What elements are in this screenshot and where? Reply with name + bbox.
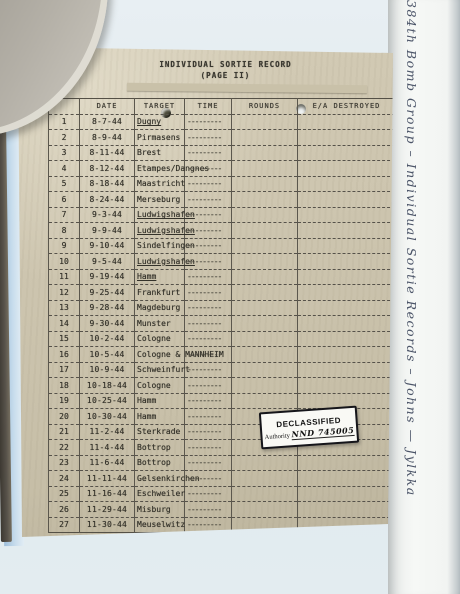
table-row: 18 10-18-44 Cologne --------- — [49, 378, 396, 394]
table-row: 2 8-9-44 Pirmasens --------- — [49, 130, 396, 146]
sortie-target: Sterkrade — [135, 424, 185, 440]
sortie-date: 9-19-44 — [80, 269, 135, 285]
sortie-ea-destroyed — [298, 331, 396, 347]
sortie-rounds — [232, 285, 298, 301]
table-row: 13 9-28-44 Magdeburg --------- — [49, 300, 396, 316]
sortie-date: 10-9-44 — [80, 362, 135, 378]
sortie-date: 11-29-44 — [80, 502, 135, 518]
sortie-time-dashes: --------- — [185, 176, 232, 192]
sortie-rounds — [232, 207, 298, 223]
sortie-rounds — [232, 114, 298, 130]
sortie-time-dashes: --------- — [185, 316, 232, 332]
sortie-rounds — [232, 300, 298, 316]
sortie-number: 8 — [49, 223, 80, 239]
sortie-number: 7 — [49, 207, 80, 223]
sortie-rounds — [232, 316, 298, 332]
sortie-time-dashes: --------- — [185, 347, 232, 363]
table-row: 10 9-5-44 Ludwigshafen --------- — [49, 254, 396, 270]
header-time: TIME — [185, 99, 232, 115]
table-row: 5 8-18-44 Maastricht --------- — [49, 176, 396, 192]
sortie-target: Munster — [135, 316, 185, 332]
sortie-ea-destroyed — [298, 114, 396, 130]
sortie-time-dashes: --------- — [185, 486, 232, 502]
table-row: 11 9-19-44 Hamm --------- — [49, 269, 396, 285]
sortie-number: 19 — [49, 393, 80, 409]
sortie-rounds — [232, 362, 298, 378]
sortie-date: 8-9-44 — [80, 130, 135, 146]
page-title-line2: (PAGE II) — [143, 71, 308, 80]
sortie-ea-destroyed — [298, 161, 396, 177]
sortie-time-dashes: --------- — [185, 223, 232, 239]
sortie-number: 22 — [49, 440, 80, 456]
sortie-rounds — [232, 471, 298, 487]
sortie-date: 8-18-44 — [80, 176, 135, 192]
sortie-time-dashes: --------- — [185, 409, 232, 425]
sortie-rounds — [232, 238, 298, 254]
sortie-number: 21 — [49, 424, 80, 440]
table-row: 24 11-11-44 Gelsenkirchen --------- — [49, 471, 396, 487]
table-row: 16 10-5-44 Cologne & MANNHEIM --------- — [49, 347, 396, 363]
sortie-time-dashes: --------- — [185, 285, 232, 301]
sortie-time-dashes: --------- — [185, 300, 232, 316]
sortie-ea-destroyed — [298, 223, 396, 239]
sortie-ea-destroyed — [298, 176, 396, 192]
sortie-time-dashes: --------- — [185, 471, 232, 487]
sortie-target: Brest — [135, 145, 185, 161]
sortie-ea-destroyed — [298, 207, 396, 223]
sortie-number: 20 — [49, 409, 80, 425]
sortie-number: 26 — [49, 502, 80, 518]
sortie-time-dashes: --------- — [185, 207, 232, 223]
table-row: 23 11-6-44 Bottrop --------- — [49, 455, 396, 471]
sortie-time-dashes: --------- — [185, 161, 232, 177]
sortie-number: 2 — [49, 130, 80, 146]
sortie-time-dashes: --------- — [185, 238, 232, 254]
header-rounds: ROUNDS — [232, 99, 298, 115]
sortie-number: 15 — [49, 331, 80, 347]
handwritten-margin-annotation: 384th Bomb Group – Individual Sortie Rec… — [404, 0, 419, 580]
table-row: 27 11-30-44 Meuselwitz --------- — [49, 517, 396, 533]
sortie-target: Magdeburg — [135, 300, 185, 316]
page-title: INDIVIDUAL SORTIE RECORD (PAGE II) — [143, 60, 308, 80]
sortie-target: Gelsenkirchen — [135, 471, 185, 487]
sortie-date: 11-16-44 — [80, 486, 135, 502]
table-row: 6 8-24-44 Merseburg --------- — [49, 192, 396, 208]
sortie-number: 9 — [49, 238, 80, 254]
sortie-ea-destroyed — [298, 145, 396, 161]
sortie-time-dashes: --------- — [185, 455, 232, 471]
sortie-target: Hamm — [135, 393, 185, 409]
sortie-time-dashes: --------- — [185, 192, 232, 208]
sortie-target: Bottrop — [135, 440, 185, 456]
sortie-rounds — [232, 378, 298, 394]
sortie-target: Merseburg — [135, 192, 185, 208]
scanned-document-photo: 384th Bomb Group – Individual Sortie Rec… — [0, 0, 460, 594]
sortie-number: 11 — [49, 269, 80, 285]
sortie-target: Etampes/Dangnes — [135, 161, 185, 177]
table-row: 9 9-10-44 Sindelfingen --------- — [49, 238, 396, 254]
sortie-rounds — [232, 223, 298, 239]
sortie-date: 9-25-44 — [80, 285, 135, 301]
sortie-rounds — [232, 130, 298, 146]
sortie-rounds — [232, 254, 298, 270]
sortie-number: 4 — [49, 161, 80, 177]
sortie-ea-destroyed — [298, 316, 396, 332]
sortie-time-dashes: --------- — [185, 378, 232, 394]
sortie-date: 8-24-44 — [80, 192, 135, 208]
sortie-table-body: 1 8-7-44 Dugny --------- 2 8-9-44 Pirmas… — [49, 114, 396, 533]
sortie-rounds — [232, 393, 298, 409]
table-row: 26 11-29-44 Misburg --------- — [49, 502, 396, 518]
sortie-rounds — [232, 331, 298, 347]
sortie-rounds — [232, 502, 298, 518]
sortie-target: Pirmasens — [135, 130, 185, 146]
sortie-rounds — [232, 269, 298, 285]
sortie-number: 1 — [49, 114, 80, 130]
sortie-time-dashes: --------- — [185, 502, 232, 518]
sortie-rounds — [232, 145, 298, 161]
sortie-target: Dugny — [135, 114, 185, 130]
sortie-ea-destroyed — [298, 130, 396, 146]
sortie-ea-destroyed — [298, 455, 396, 471]
sortie-ea-destroyed — [298, 517, 396, 533]
sortie-date: 10-18-44 — [80, 378, 135, 394]
sortie-ea-destroyed — [298, 269, 396, 285]
sortie-ea-destroyed — [298, 502, 396, 518]
declassified-stamp: DECLASSIFIED Authority NND 745005 — [259, 406, 359, 450]
folder-margin-page: 384th Bomb Group – Individual Sortie Rec… — [388, 0, 460, 594]
sortie-date: 8-11-44 — [80, 145, 135, 161]
header-date: DATE — [80, 99, 135, 115]
page-title-line1: INDIVIDUAL SORTIE RECORD — [143, 60, 308, 69]
sortie-number: 10 — [49, 254, 80, 270]
sortie-target: Ludwigshafen — [135, 207, 185, 223]
sortie-record-page: INDIVIDUAL SORTIE RECORD (PAGE II) DATE … — [15, 44, 396, 538]
sortie-date: 11-11-44 — [80, 471, 135, 487]
table-row: 15 10-2-44 Cologne --------- — [49, 331, 396, 347]
sortie-target: Bottrop — [135, 455, 185, 471]
sortie-time-dashes: --------- — [185, 130, 232, 146]
sortie-ea-destroyed — [298, 238, 396, 254]
sortie-number: 3 — [49, 145, 80, 161]
sortie-time-dashes: --------- — [185, 145, 232, 161]
sortie-target: Ludwigshafen — [135, 223, 185, 239]
sortie-target: Schweinfurt — [135, 362, 185, 378]
sortie-date: 10-30-44 — [80, 409, 135, 425]
sortie-ea-destroyed — [298, 300, 396, 316]
sortie-number: 14 — [49, 316, 80, 332]
table-row: 1 8-7-44 Dugny --------- — [49, 114, 396, 130]
sortie-target: Sindelfingen — [135, 238, 185, 254]
sortie-date: 9-3-44 — [80, 207, 135, 223]
sortie-number: 25 — [49, 486, 80, 502]
sortie-time-dashes: --------- — [185, 331, 232, 347]
sortie-target: Frankfurt — [135, 285, 185, 301]
sortie-date: 11-6-44 — [80, 455, 135, 471]
sortie-time-dashes: --------- — [185, 362, 232, 378]
sortie-date: 11-4-44 — [80, 440, 135, 456]
sortie-target: Cologne — [135, 331, 185, 347]
table-row: 25 11-16-44 Eschweiler --------- — [49, 486, 396, 502]
sortie-target: Maastricht — [135, 176, 185, 192]
sortie-date: 9-28-44 — [80, 300, 135, 316]
sortie-rounds — [232, 176, 298, 192]
sortie-time-dashes: --------- — [185, 440, 232, 456]
table-row: 8 9-9-44 Ludwigshafen --------- — [49, 223, 396, 239]
sortie-ea-destroyed — [298, 285, 396, 301]
table-row: 7 9-3-44 Ludwigshafen --------- — [49, 207, 396, 223]
sortie-number: 6 — [49, 192, 80, 208]
sortie-ea-destroyed — [298, 362, 396, 378]
sortie-number: 24 — [49, 471, 80, 487]
sortie-rounds — [232, 517, 298, 533]
sortie-rounds — [232, 347, 298, 363]
sortie-ea-destroyed — [298, 486, 396, 502]
sortie-date: 9-9-44 — [80, 223, 135, 239]
sortie-number: 17 — [49, 362, 80, 378]
table-row: 3 8-11-44 Brest --------- — [49, 145, 396, 161]
sortie-rounds — [232, 161, 298, 177]
sortie-rounds — [232, 486, 298, 502]
sortie-table: DATE TARGET TIME ROUNDS E/A DESTROYED 1 … — [48, 98, 396, 533]
sortie-target: Cologne — [135, 378, 185, 394]
sortie-target: Hamm — [135, 269, 185, 285]
sortie-target: Ludwigshafen — [135, 254, 185, 270]
sortie-number: 27 — [49, 517, 80, 533]
table-row: 17 10-9-44 Schweinfurt --------- — [49, 362, 396, 378]
sortie-target: Eschweiler — [135, 486, 185, 502]
sortie-ea-destroyed — [298, 254, 396, 270]
sortie-time-dashes: --------- — [185, 114, 232, 130]
sortie-date: 8-7-44 — [80, 114, 135, 130]
sortie-number: 23 — [49, 455, 80, 471]
sortie-date: 11-2-44 — [80, 424, 135, 440]
sortie-rounds — [232, 455, 298, 471]
header-target: TARGET — [135, 99, 185, 115]
sortie-number: 5 — [49, 176, 80, 192]
table-header-row: DATE TARGET TIME ROUNDS E/A DESTROYED — [49, 99, 396, 115]
table-row: 12 9-25-44 Frankfurt --------- — [49, 285, 396, 301]
sortie-rounds — [232, 192, 298, 208]
sortie-date: 9-10-44 — [80, 238, 135, 254]
sortie-target: Cologne & MANNHEIM — [135, 347, 185, 363]
sortie-date: 10-25-44 — [80, 393, 135, 409]
sortie-target: Misburg — [135, 502, 185, 518]
sortie-target: Meuselwitz — [135, 517, 185, 533]
sortie-date: 8-12-44 — [80, 161, 135, 177]
table-row: 14 9-30-44 Munster --------- — [49, 316, 396, 332]
sortie-number: 12 — [49, 285, 80, 301]
sortie-number: 13 — [49, 300, 80, 316]
table-row: 4 8-12-44 Etampes/Dangnes --------- — [49, 161, 396, 177]
sortie-ea-destroyed — [298, 192, 396, 208]
sortie-target: Hamm — [135, 409, 185, 425]
sortie-ea-destroyed — [298, 471, 396, 487]
sortie-time-dashes: --------- — [185, 254, 232, 270]
header-ea-destroyed: E/A DESTROYED — [298, 99, 396, 115]
sortie-date: 10-2-44 — [80, 331, 135, 347]
sortie-date: 11-30-44 — [80, 517, 135, 533]
sortie-time-dashes: --------- — [185, 424, 232, 440]
sortie-number: 18 — [49, 378, 80, 394]
sortie-time-dashes: --------- — [185, 269, 232, 285]
sortie-date: 9-30-44 — [80, 316, 135, 332]
sortie-date: 9-5-44 — [80, 254, 135, 270]
sortie-time-dashes: --------- — [185, 393, 232, 409]
authority-label: Authority — [264, 432, 290, 441]
sortie-number: 16 — [49, 347, 80, 363]
sortie-date: 10-5-44 — [80, 347, 135, 363]
sortie-ea-destroyed — [298, 378, 396, 394]
sortie-time-dashes: --------- — [185, 517, 232, 533]
sortie-ea-destroyed — [298, 347, 396, 363]
